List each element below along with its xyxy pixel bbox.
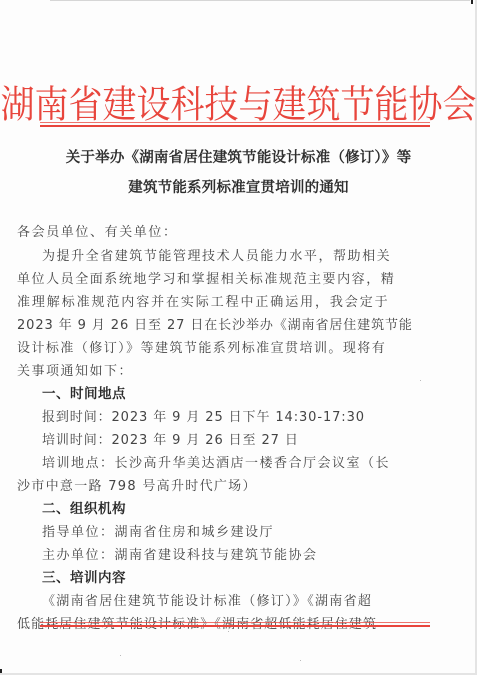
intro-line: 准理解标准规范内容并在实际工程中正确运用，我会定于: [17, 291, 390, 310]
intro-line: 关事项通知如下：: [17, 360, 133, 379]
scan-corner-mark: [471, 0, 473, 4]
section-line: 沙市中意一路 798 号高升时代广场）: [17, 475, 257, 494]
divider-thick-line: [40, 625, 430, 627]
divider-thin-line: [40, 622, 430, 623]
section-heading-time-location: 一、时间地点: [42, 382, 126, 402]
section-line: 《湖南省居住建筑节能设计标准（修订）》《湖南省超: [42, 590, 372, 609]
letterhead-organization: 湖南省建设科技与建筑节能协会: [0, 74, 477, 129]
section-heading-training-content: 三、培训内容: [42, 566, 126, 586]
divider-thick-line: [40, 125, 430, 127]
document-title-line-2: 建筑节能系列标准宣贯培训的通知: [0, 176, 477, 197]
scan-speck: [228, 631, 229, 632]
footer-divider: [40, 622, 430, 627]
scan-top-edge: [50, 0, 470, 1]
scan-speck: [300, 660, 301, 661]
scan-speck: [120, 655, 121, 656]
intro-line: 设计标准（修订）》等建筑节能系列标准宣贯培训。现将有: [17, 337, 386, 356]
section-line: 培训地点：长沙高升华美达酒店一楼香合厅会议室（长: [42, 452, 390, 471]
intro-line: 2023 年 9 月 26 日至 27 日在长沙举办《湖南省居住建筑节能: [17, 314, 413, 333]
document-page: 湖南省建设科技与建筑节能协会 关于举办《湖南省居住建筑节能设计标准（修订）》等 …: [0, 0, 477, 675]
intro-line: 为提升全省建筑节能管理技术人员能力水平，帮助相关: [42, 245, 391, 264]
section-heading-organization: 二、组织机构: [42, 497, 126, 517]
intro-line: 单位人员全面系统地学习和掌握相关标准规范主要内容，精: [17, 268, 395, 287]
section-line: 报到时间：2023 年 9 月 25 日下午 14:30-17:30: [42, 406, 365, 425]
letterhead-divider: [40, 122, 430, 127]
divider-thin-line: [40, 122, 430, 123]
section-line: 主办单位：湖南省建设科技与建筑节能协会: [42, 544, 318, 563]
scan-corner-mark: [0, 669, 2, 673]
document-title-line-1: 关于举办《湖南省居住建筑节能设计标准（修订）》等: [0, 146, 477, 167]
section-line: 指导单位：湖南省住房和城乡建设厅: [42, 521, 274, 540]
section-line: 培训时间：2023 年 9 月 26 日至 27 日: [42, 429, 299, 448]
scan-speck: [420, 380, 421, 381]
salutation: 各会员单位、有关单位：: [17, 221, 178, 240]
